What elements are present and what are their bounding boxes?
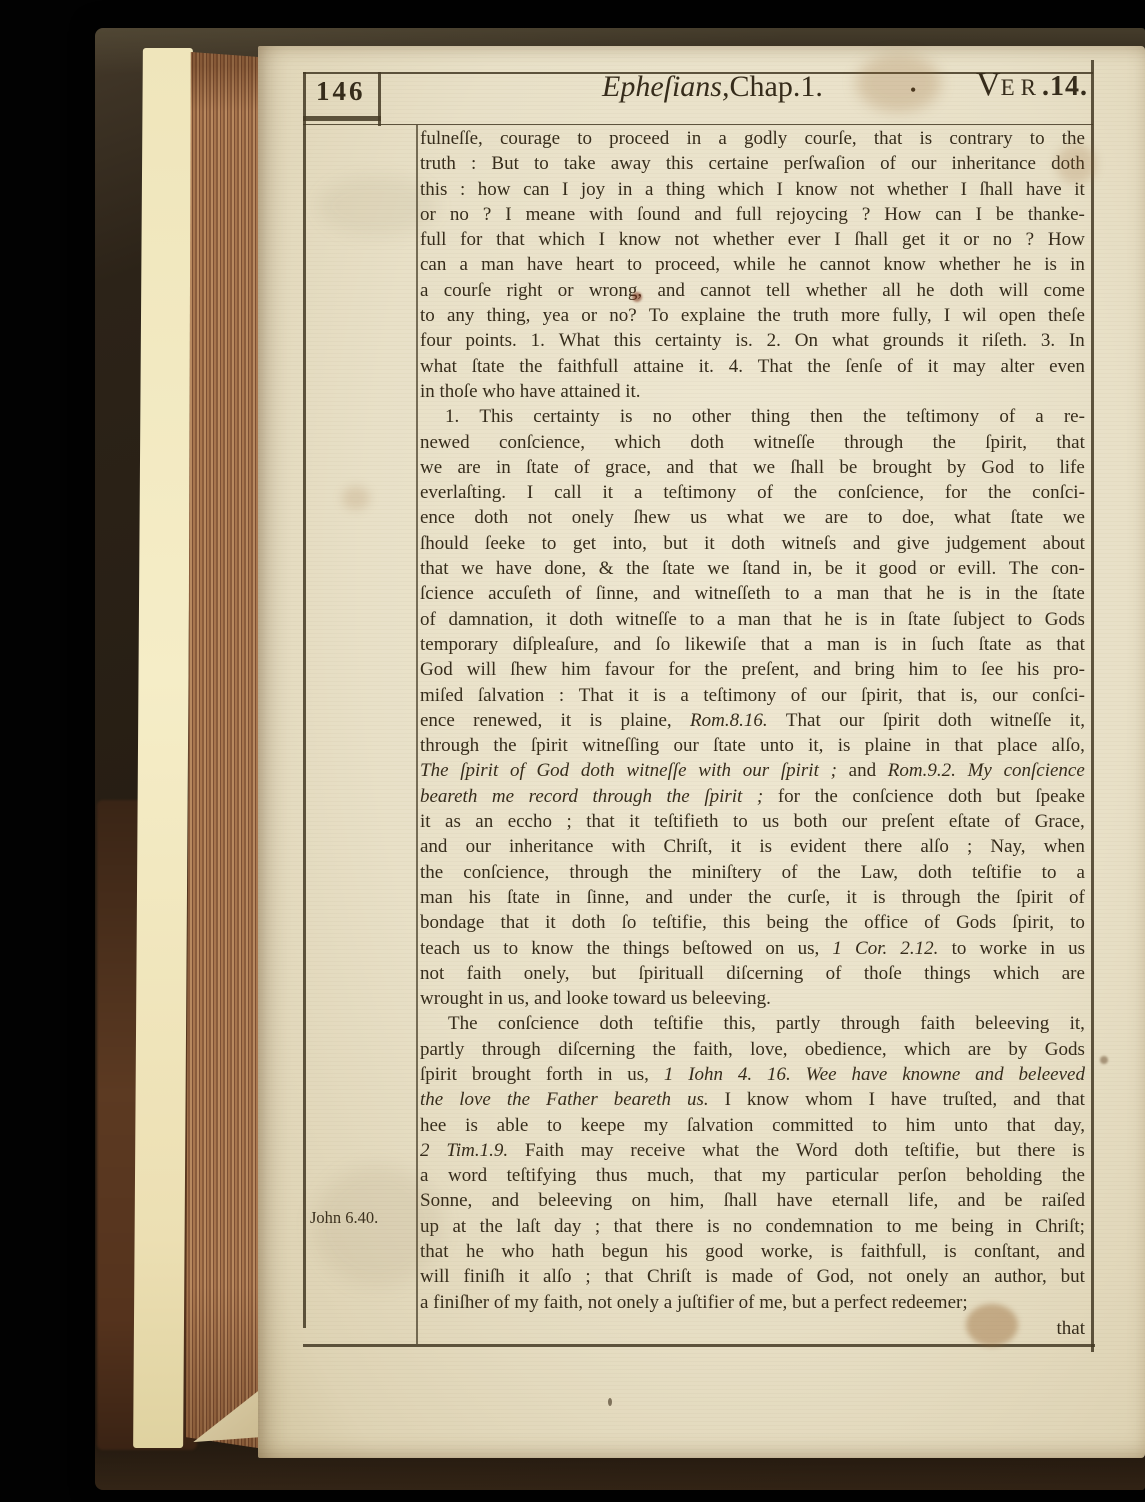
book-page: 146 Epheſians,Chap.1. • VER.14. fulneſſe…: [258, 46, 1145, 1458]
text-line: toanything,yeaorno?Toexplainethetruthmor…: [420, 303, 1085, 328]
text-line: theconſcience,throughtheminiſteryoftheLa…: [420, 860, 1085, 885]
stain: [342, 486, 370, 510]
text-line: thathewhohathbegunhisgoodworke,isfaithfu…: [420, 1239, 1085, 1264]
text-line: truth:Buttotakeawaythiscertaineperſwaſio…: [420, 151, 1085, 176]
text-line: 1.Thiscertaintyisnootherthingthentheteſt…: [420, 404, 1085, 429]
text-line: thatwehavedone,&theſtateweſtandin,beitgo…: [420, 556, 1085, 581]
text-line: ſhouldſeeketogetinto,butitdothwitneſsand…: [420, 531, 1085, 556]
text-line: this:howcanIjoyinathingwhichIknownotwhet…: [420, 177, 1085, 202]
stain: [966, 1304, 1018, 1346]
text-line: weareinſtateofgrace,andthatweſhallbebrou…: [420, 455, 1085, 480]
text-line: fullforthatwhichIknownotwhethereverIſhal…: [420, 227, 1085, 252]
text-line: temporarydiſpleaſure,andſolikewiſethatam…: [420, 632, 1085, 657]
frame-left-rule: [303, 72, 306, 1328]
text-line: awordteſtifyingthusmuch,thatmyparticular…: [420, 1163, 1085, 1188]
endpaper-edge: [133, 48, 193, 1448]
margin-divider-rule: [416, 125, 418, 1344]
stain: [1056, 144, 1096, 184]
text-line: whatſtatethefaithfullattaineit.4.Thatthe…: [420, 354, 1085, 379]
text-line: encerenewed,itisplaine,Rom.8.16.Thatourſ…: [420, 708, 1085, 733]
text-line: acourſerightorwrong,andcannottellwhether…: [420, 278, 1085, 303]
book-photograph: 146 Epheſians,Chap.1. • VER.14. fulneſſe…: [0, 0, 1145, 1502]
text-line: manhisſtateinſinne,andunderthecurſe,itis…: [420, 885, 1085, 910]
stain: [856, 54, 941, 112]
text-line: encedothnotonelyſhewuswhatwearetodoe,wha…: [420, 505, 1085, 530]
text-line: thelovetheFatherbearethus.IknowwhomIhave…: [420, 1087, 1085, 1112]
text-line: ſpiritbroughtforthinus,1Iohn4.16.Weehave…: [420, 1062, 1085, 1087]
text-line: newedconſcience,whichdothwitneſſethrough…: [420, 430, 1085, 455]
show-through-ghost: [313, 1166, 443, 1286]
text-line: heeisabletokeepemyſalvationcommittedtohi…: [420, 1113, 1085, 1138]
stain: [1100, 1056, 1108, 1064]
text-line: willfiniſhitalſo;thatChriſtismadeofGod,n…: [420, 1264, 1085, 1289]
text-line: fourpoints.1.Whatthiscertaintyis.2.Onwha…: [420, 328, 1085, 353]
text-line: bondagethatitdothſoteſtifie,thisbeingthe…: [420, 910, 1085, 935]
text-line: fulneſſe,couragetoproceedinagodlycourſe,…: [420, 126, 1085, 151]
text-line: wrought in us, and looke toward us belee…: [420, 986, 1085, 1011]
text-line: bearethmerecordthroughtheſpirit;fortheco…: [420, 784, 1085, 809]
text-line: andourinheritancewithChriſt,itisevidentt…: [420, 834, 1085, 859]
text-line: miſedſalvation:Thatitisateſtimonyofourſp…: [420, 683, 1085, 708]
body-text: fulneſſe,couragetoproceedinagodlycourſe,…: [420, 126, 1085, 1315]
stain: [632, 292, 642, 302]
text-line: ſcienceaccuſethofſinne,andwitneſſethtoam…: [420, 581, 1085, 606]
text-line: itasaneccho;thatitteſtifiethtousbothourp…: [420, 809, 1085, 834]
page-number: 146: [316, 76, 366, 107]
text-line: 2Tim.1.9.FaithmayreceivewhattheWorddotht…: [420, 1138, 1085, 1163]
text-line: upatthelaſtday;thatthereisnocondemnation…: [420, 1214, 1085, 1239]
text-line: everlaſting.Icallitateſtimonyoftheconſci…: [420, 480, 1085, 505]
verse-reference: VER.14.: [958, 66, 1088, 104]
text-line: notfaithonely,butſpiritualldiſcerningoft…: [420, 961, 1085, 986]
header-thick-underline: [303, 116, 381, 121]
text-line: canamanhavehearttoproceed,whilehecannotk…: [420, 252, 1085, 277]
running-title-chapter: Chap.1.: [730, 70, 823, 103]
text-line: teachustoknowthethingsbeſtowedonus,1Cor.…: [420, 936, 1085, 961]
frame-bottom-rule: [303, 1344, 1095, 1347]
running-title: Epheſians,Chap.1.: [602, 70, 823, 104]
text-line: Theconſciencedothteſtifiethis,partlythro…: [420, 1011, 1085, 1036]
text-line: ofdamnation,itdothwitneſſetoamanthatheis…: [420, 607, 1085, 632]
text-line: Godwillſhewhimfavourforthepreſent,andbri…: [420, 657, 1085, 682]
text-line: throughtheſpiritwitneſſingourſtateuntoit…: [420, 733, 1085, 758]
text-line: orno?Imeanewithſoundandfullrejoycing?How…: [420, 202, 1085, 227]
text-line: partlythroughdiſcerningthefaith,love,obe…: [420, 1037, 1085, 1062]
frame-right-rule: [1091, 60, 1094, 1352]
ink-speck: [608, 1398, 612, 1406]
text-line: Sonne,andbeleevingonhim,ſhallhaveeternal…: [420, 1188, 1085, 1213]
show-through-ghost: [318, 176, 438, 236]
text-line: in thoſe who have attained it.: [420, 379, 1085, 404]
text-line: TheſpiritofGoddothwitneſſewithourſpirit;…: [420, 758, 1085, 783]
page-block-fore-edge: [186, 52, 266, 1454]
running-title-book: Epheſians,: [602, 70, 730, 103]
